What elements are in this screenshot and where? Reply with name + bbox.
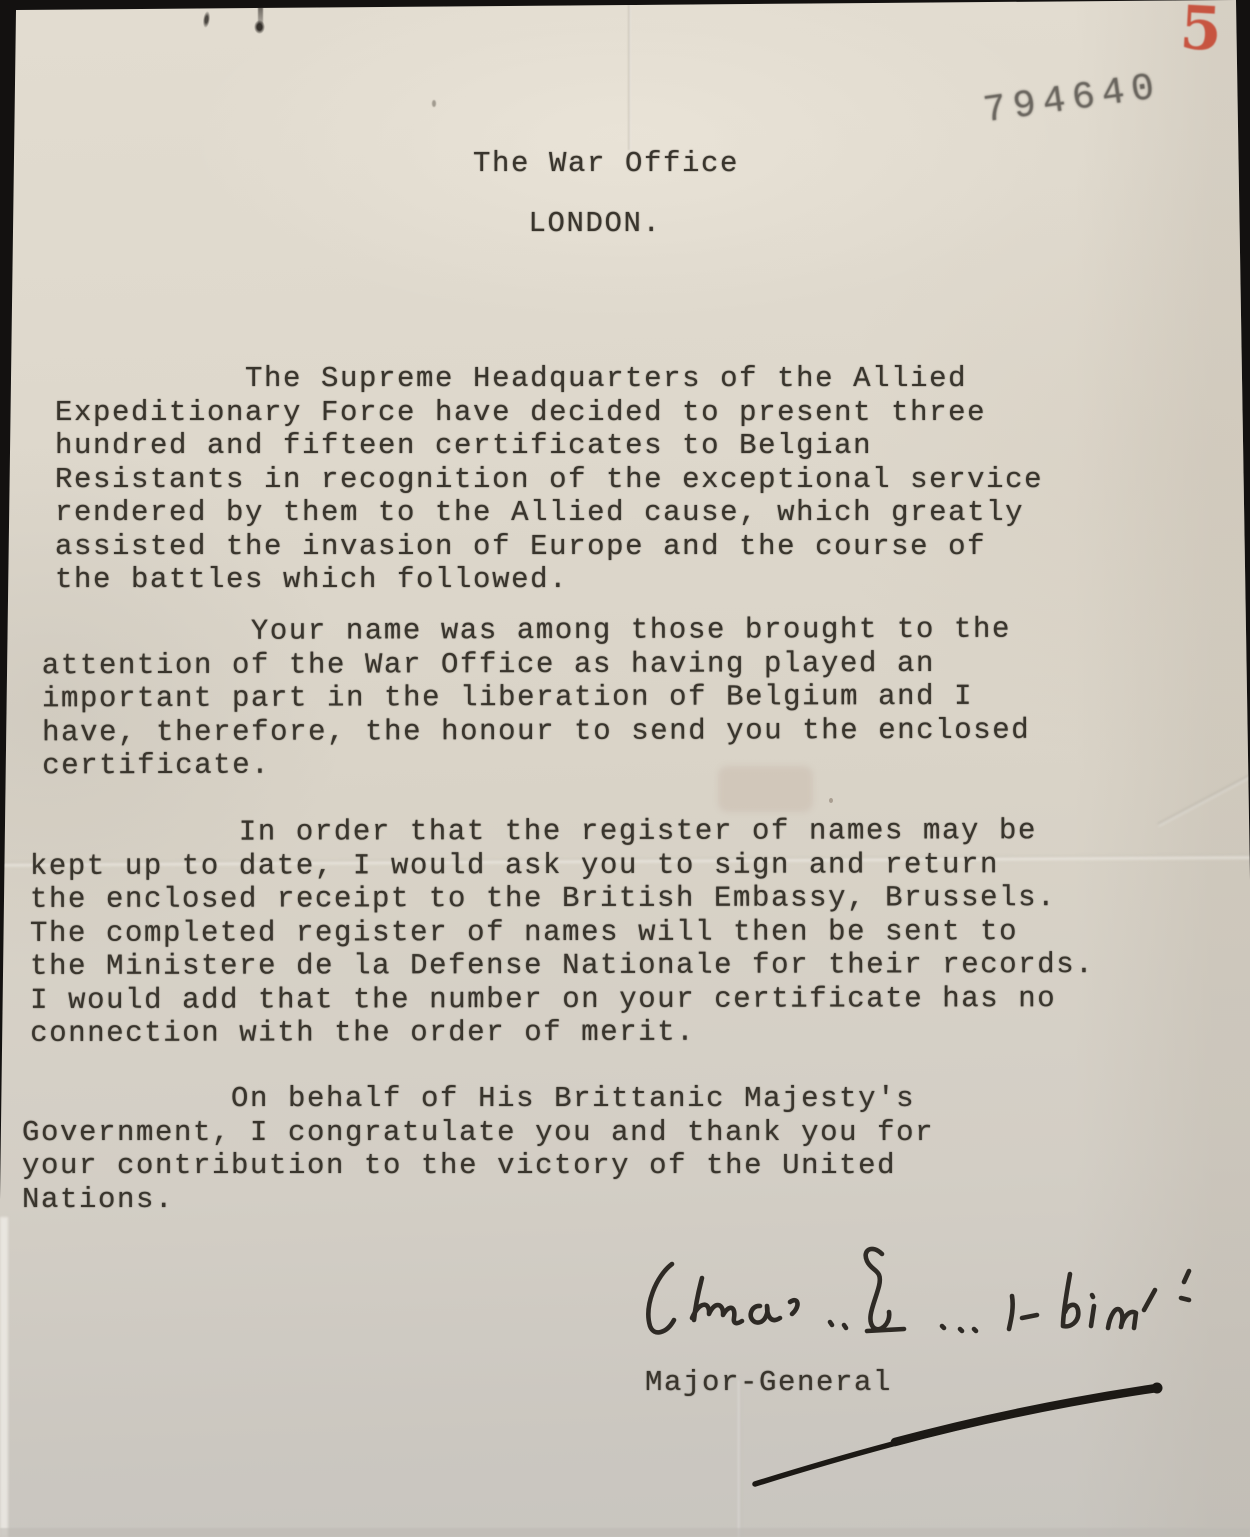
war-office-stamp-number: 794640 [981, 66, 1164, 133]
letterhead-city: LONDON. [0, 207, 1190, 241]
letterhead-org: The War Office [0, 147, 1212, 181]
fold-crease-diagonal-right [1157, 757, 1250, 826]
ink-speck-1 [432, 100, 436, 107]
signature-underline-flourish [735, 1372, 1175, 1497]
ink-speck-2 [829, 798, 833, 803]
paragraph-4: On behalf of His Brittanic Majesty's Gov… [22, 1082, 934, 1216]
scanned-letter-photo: 5 794640 The War Office LONDON. The Supr… [0, 0, 1250, 1537]
paper-edge-highlight [0, 1217, 8, 1537]
fold-crease-vertical-top [628, 0, 631, 150]
paragraph-3: In order that the register of names may … [30, 814, 1095, 1050]
ink-blot-top-1 [202, 11, 211, 29]
signature-script [620, 1238, 1220, 1353]
paragraph-1: The Supreme Headquarters of the Allied E… [55, 362, 1043, 597]
scan-edge-band [0, 1528, 1250, 1537]
page-number-annotation: 5 [1178, 0, 1223, 65]
letter-paper: 5 794640 The War Office LONDON. The Supr… [0, 0, 1250, 1537]
paragraph-2: Your name was among those brought to the… [42, 613, 1031, 783]
ink-blot-top-2-dot [254, 20, 265, 34]
